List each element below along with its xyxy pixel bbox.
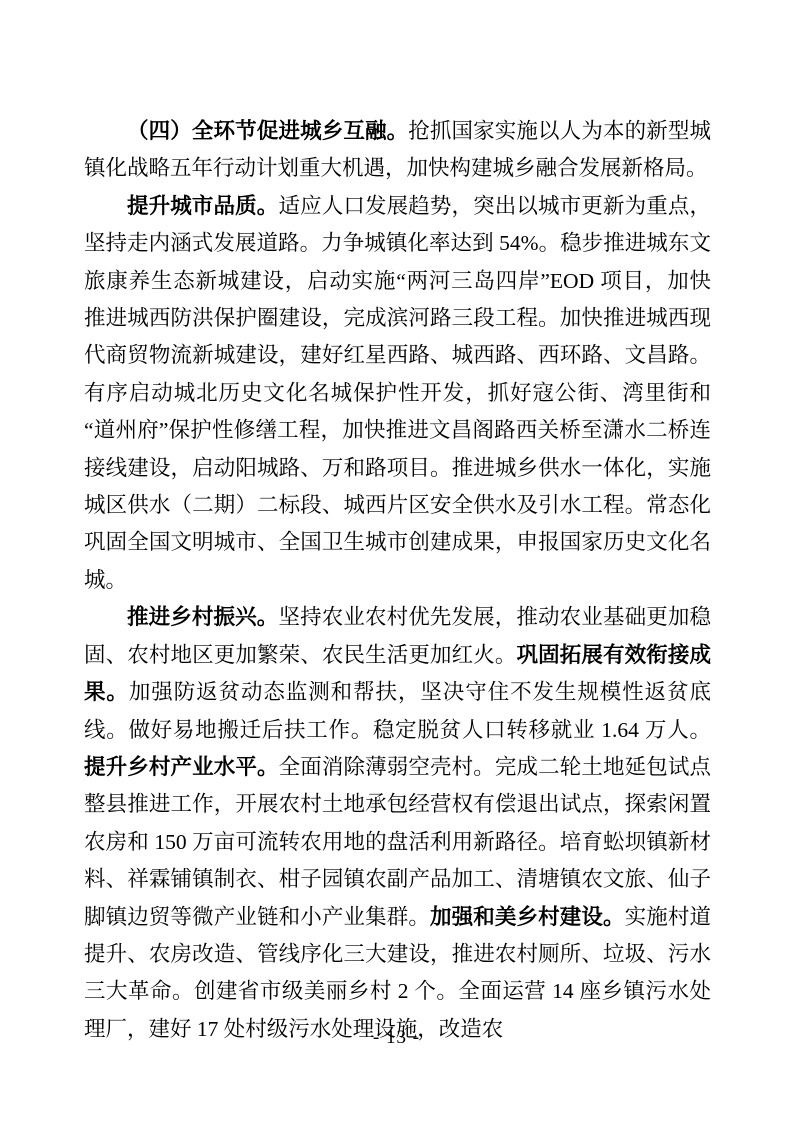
paragraph: 推进乡村振兴。坚持农业农村优先发展，推动农业基础更加稳固、农村地区更加繁荣、农民… <box>84 599 711 1048</box>
document-body: （四）全环节促进城乡互融。抢抓国家实施以人为本的新型城镇化战略五年行动计划重大机… <box>84 113 711 1048</box>
paragraph: 提升城市品质。适应人口发展趋势，突出以城市更新为重点，坚持走内涵式发展道路。力争… <box>84 188 711 599</box>
text-run: 全面消除薄弱空壳村。完成二轮土地延包试点整县推进工作，开展农村土地承包经营权有偿… <box>84 755 711 929</box>
bold-text-run: 提升城市品质。 <box>127 194 278 218</box>
bold-text-run: （四）全环节促进城乡互融。 <box>127 119 408 143</box>
bold-text-run: 提升乡村产业水平。 <box>84 755 279 779</box>
text-run: 加强防返贫动态监测和帮扶，坚决守住不发生规模性返贫底线。做好易地搬迁后扶工作。稳… <box>84 680 711 741</box>
page-footer: - 13 - <box>0 1027 793 1049</box>
bold-text-run: 加强和美乡村建设。 <box>430 905 625 929</box>
text-run: 适应人口发展趋势，突出以城市更新为重点，坚持走内涵式发展道路。力争城镇化率达到 … <box>84 194 711 592</box>
paragraph: （四）全环节促进城乡互融。抢抓国家实施以人为本的新型城镇化战略五年行动计划重大机… <box>84 113 711 188</box>
bold-text-run: 推进乡村振兴。 <box>127 605 278 629</box>
document-page: （四）全环节促进城乡互融。抢抓国家实施以人为本的新型城镇化战略五年行动计划重大机… <box>0 0 793 1122</box>
page-number: - 13 - <box>373 1027 420 1048</box>
